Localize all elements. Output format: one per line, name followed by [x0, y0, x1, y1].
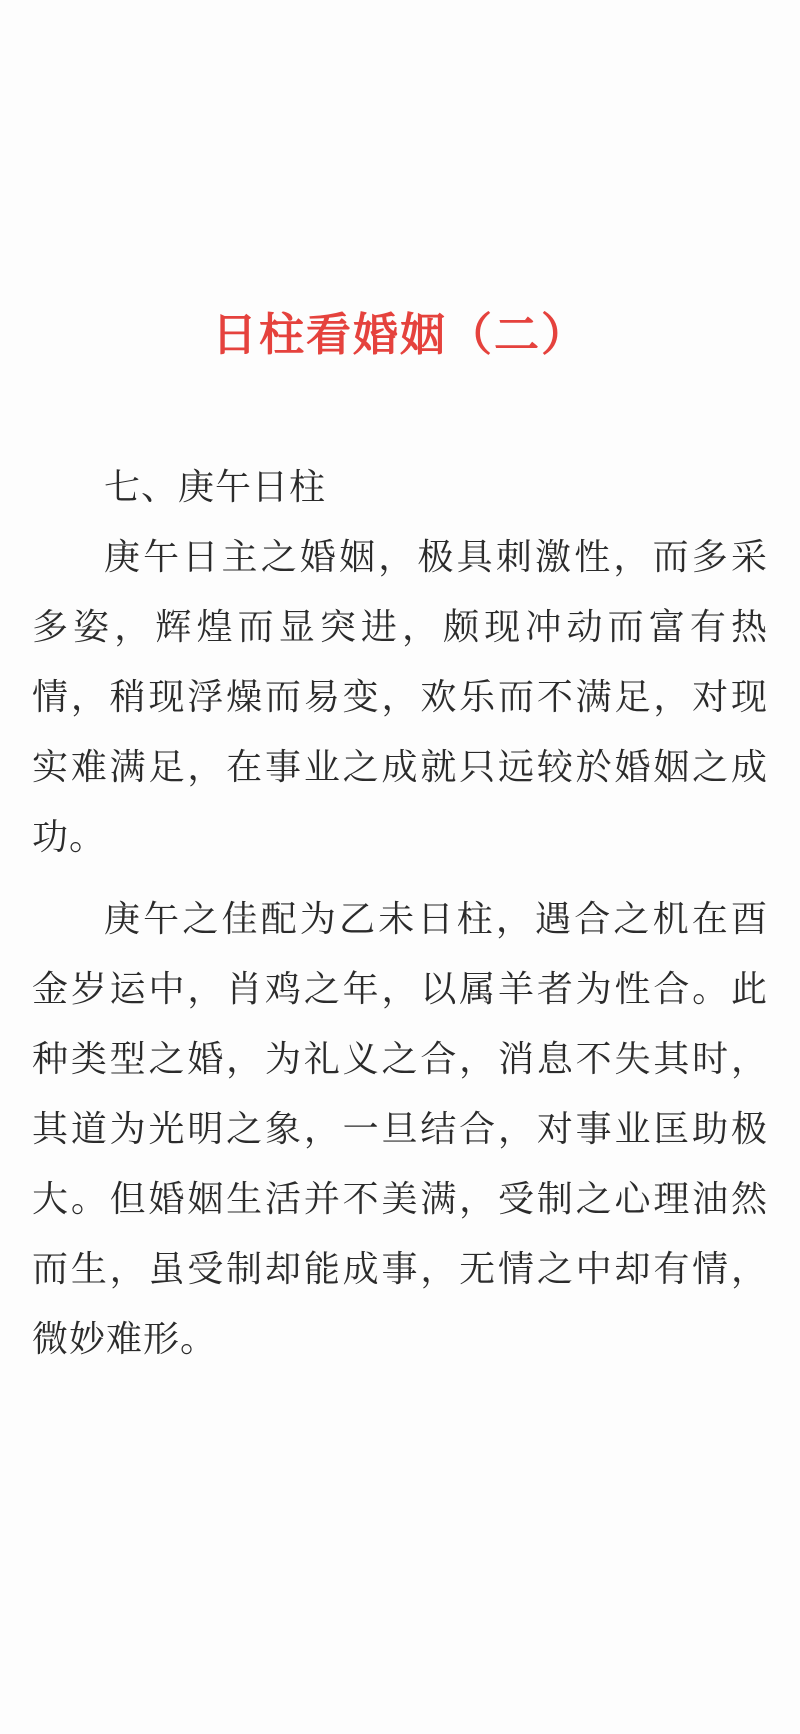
body-paragraph-2: 庚午之佳配为乙未日柱，遇合之机在酉金岁运中，肖鸡之年，以属羊者为性合。此种类型之… [32, 884, 768, 1374]
document-page: 日柱看婚姻（二） 七、庚午日柱 庚午日主之婚姻，极具刺激性，而多采多姿，辉煌而显… [0, 0, 800, 1734]
body-paragraph-1: 庚午日主之婚姻，极具刺激性，而多采多姿，辉煌而显突进，颇现冲动而富有热情，稍现浮… [32, 522, 768, 872]
page-title: 日柱看婚姻（二） [32, 302, 768, 368]
section-heading: 七、庚午日柱 [32, 452, 768, 522]
